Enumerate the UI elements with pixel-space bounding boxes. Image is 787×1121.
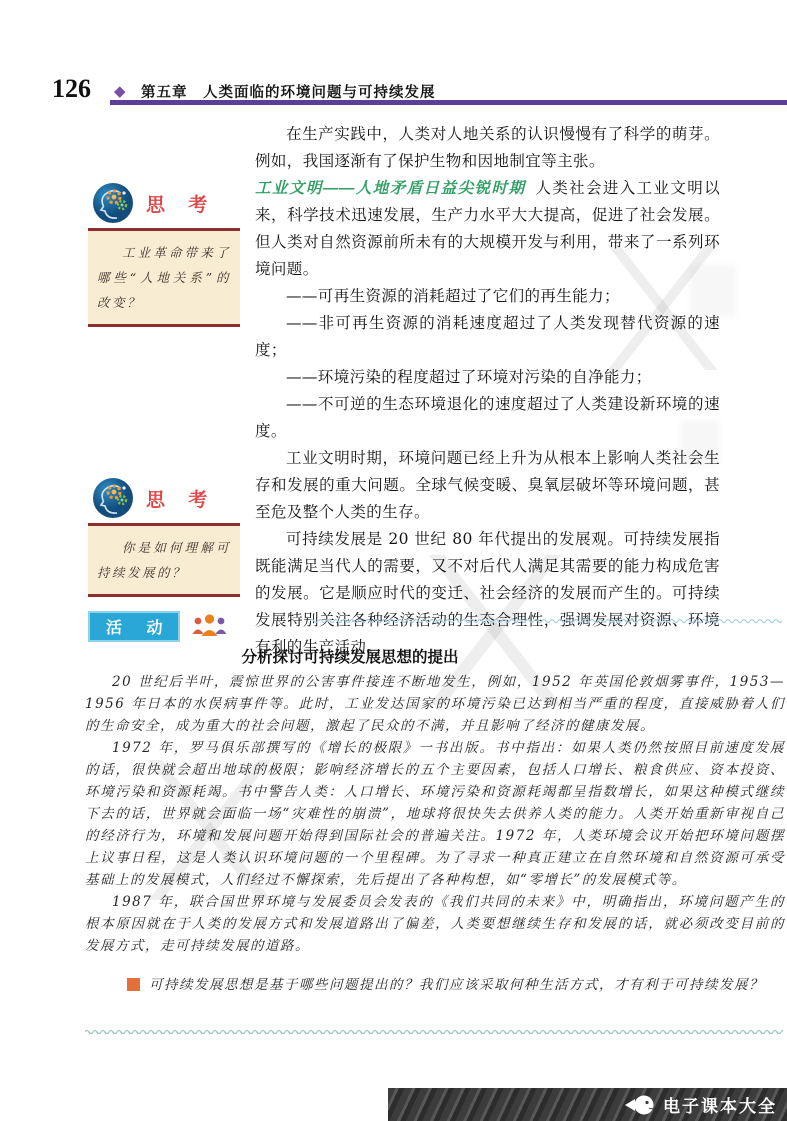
dash-item: ——可再生资源的消耗超过了它们的再生能力； <box>255 283 720 310</box>
brain-gear-icon <box>92 182 134 224</box>
section-heading: 工业文明——人地矛盾日益尖锐时期 <box>255 180 525 197</box>
think-box: 思 考 你是如何理解可持续发展的？ <box>88 477 240 597</box>
chapter-title: 第五章 人类面临的环境问题与可持续发展 <box>141 81 436 102</box>
diamond-icon: ◆ <box>114 82 126 100</box>
question-bullet <box>127 978 140 991</box>
page-number: 126 <box>52 74 91 104</box>
intro-paragraph: 在生产实践中，人类对人地关系的认识慢慢有了科学的萌芽。例如，我国逐渐有了保护生物… <box>255 121 720 175</box>
think-question: 你是如何理解可持续发展的？ <box>88 523 240 597</box>
bottom-wavy-divider <box>85 1027 783 1035</box>
activity-body: 20 世纪后半叶，震惊世界的公害事件接连不断地发生，例如，1952 年英国伦敦烟… <box>85 671 785 996</box>
fish-logo-icon <box>623 1094 655 1116</box>
activity-paragraph: 20 世纪后半叶，震惊世界的公害事件接连不断地发生，例如，1952 年英国伦敦烟… <box>85 671 785 737</box>
think-header: 思 考 <box>92 477 240 519</box>
main-text-column: 在生产实践中，人类对人地关系的认识慢慢有了科学的萌芽。例如，我国逐渐有了保护生物… <box>255 121 720 661</box>
activity-paragraph: 1987 年，联合国世界环境与发展委员会发表的《我们共同的未来》中，明确指出，环… <box>85 891 785 957</box>
paragraph-sustainable: 可持续发展是 20 世纪 80 年代提出的发展观。可持续发展指既能满足当代人的需… <box>255 526 720 661</box>
section-paragraph: 工业文明——人地矛盾日益尖锐时期人类社会进入工业文明以来，科学技术迅速发展，生产… <box>255 175 720 283</box>
watermark: 电子课本大全 <box>623 1092 777 1117</box>
people-group-icon <box>190 612 230 640</box>
dash-item: ——环境污染的程度超过了环境对污染的自净能力； <box>255 364 720 391</box>
activity-paragraph: 1972 年，罗马俱乐部撰写的《增长的极限》一书出版。书中指出：如果人类仍然按照… <box>85 737 785 891</box>
paragraph-industrial: 工业文明时期，环境问题已经上升为从根本上影响人类社会生存和发展的重大问题。全球气… <box>255 445 720 526</box>
think-header: 思 考 <box>92 182 240 224</box>
watermark-text: 电子课本大全 <box>663 1092 777 1117</box>
activity-title: 分析探讨可持续发展思想的提出 <box>85 645 615 667</box>
question-text: 可持续发展思想是基于哪些问题提出的？我们应该采取何种生活方式，才有利于可持续发展… <box>127 974 785 996</box>
brain-gear-icon <box>92 477 134 519</box>
dash-item: ——非可再生资源的消耗速度超过了人类发现替代资源的速度； <box>255 310 720 364</box>
think-label: 思 考 <box>146 190 216 217</box>
dash-item: ——不可逆的生态环境退化的速度超过了人类建设新环境的速度。 <box>255 391 720 445</box>
activity-label: 活 动 <box>88 611 180 642</box>
activity-banner: 活 动 <box>88 611 230 641</box>
textbook-page: 126 ◆ 第五章 人类面临的环境问题与可持续发展 在生产实践中，人类对人地关系… <box>0 0 787 1121</box>
activity-question: 可持续发展思想是基于哪些问题提出的？我们应该采取何种生活方式，才有利于可持续发展… <box>85 974 785 996</box>
think-question: 工业革命带来了哪些“人地关系”的改变？ <box>88 228 240 327</box>
header-rule <box>110 100 787 105</box>
think-box: 思 考 工业革命带来了哪些“人地关系”的改变？ <box>88 182 240 327</box>
think-label: 思 考 <box>146 485 216 512</box>
wavy-divider <box>310 616 782 624</box>
